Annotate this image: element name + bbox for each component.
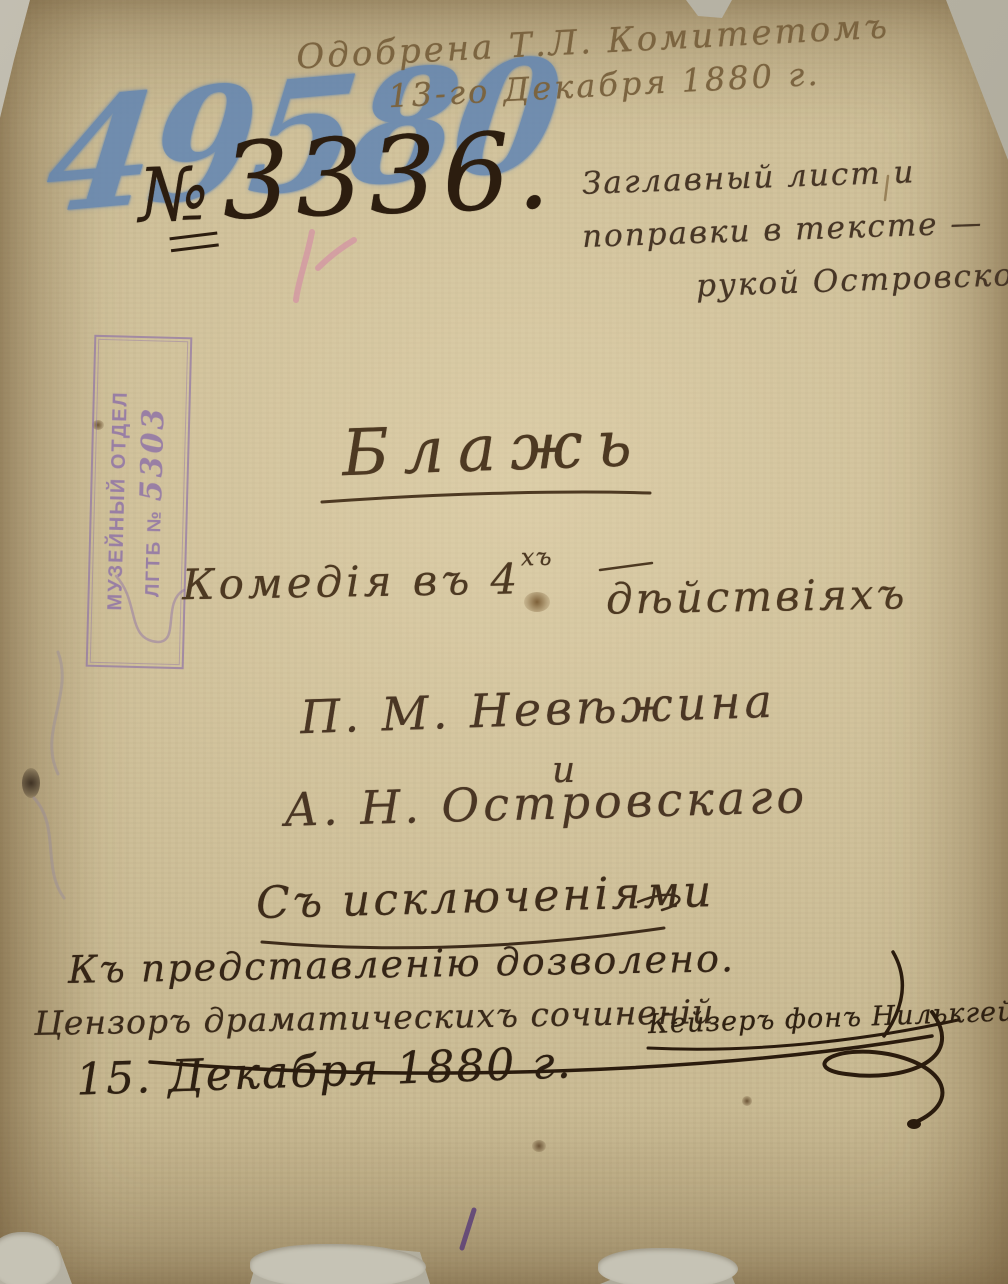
stain-spot [532,1140,546,1152]
ink-blot [22,768,40,798]
subtitle-genre: Комедія въ 4хъ [182,543,554,609]
registry-number-value: 3336. [220,109,558,244]
stamp-number: 5303 [134,405,171,501]
stamp-text: МУЗЕЙНЫЙ ОТДЕЛ ЛГТБ № 5303 [86,335,191,667]
ink-registry-number: №3336. [136,109,558,246]
manuscript-page: { "document": { "approval": { "line1": "… [0,0,1008,1284]
subtitle-acts: дѣйствіяхъ [606,569,908,623]
torn-patch-bottom-left [250,1244,426,1284]
torn-patch-bottom-center [598,1248,738,1284]
stamp-line2-prefix: ЛГТБ № [143,509,167,597]
stain-spot [742,1096,752,1106]
library-stamp: МУЗЕЙНЫЙ ОТДЕЛ ЛГТБ № 5303 [86,335,193,669]
stamp-line1: МУЗЕЙНЫЙ ОТДЕЛ [104,390,133,611]
stamp-line2: ЛГТБ № 5303 [132,405,172,597]
number-sign: № [137,151,210,239]
subtitle-superscript: хъ [521,543,553,572]
play-title: Блажь [341,407,647,492]
